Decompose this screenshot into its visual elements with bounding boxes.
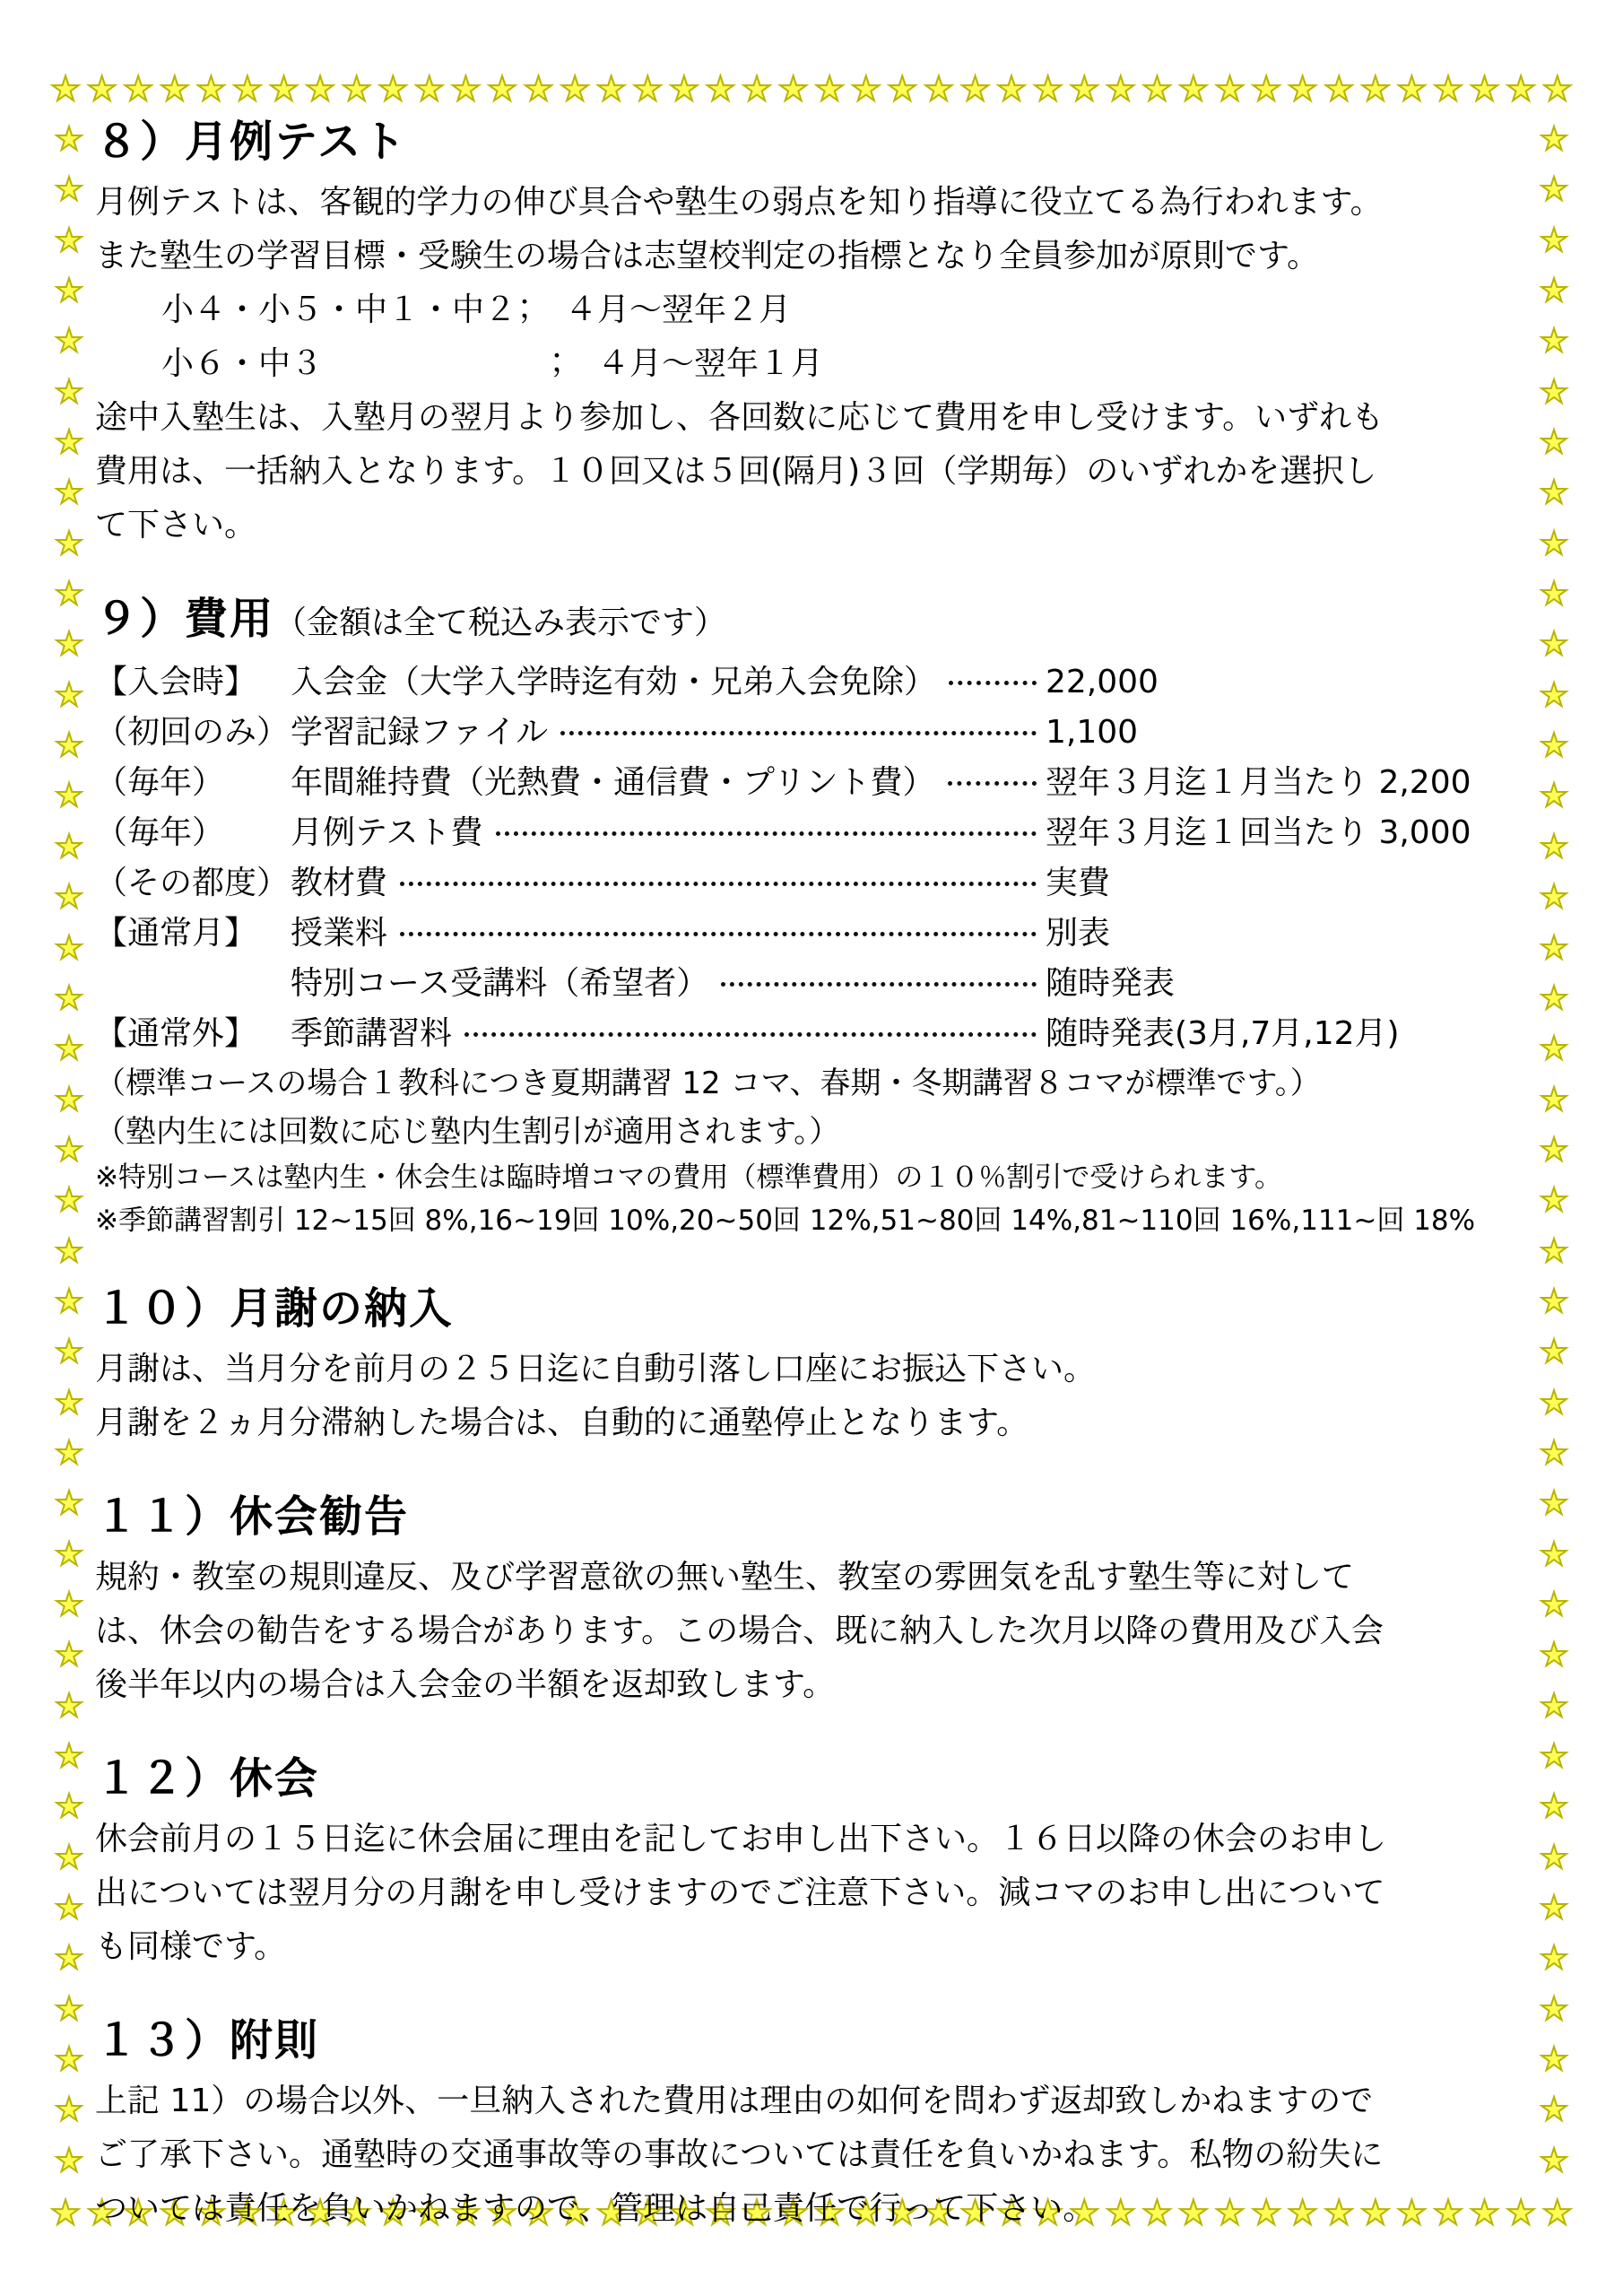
star-icon: ★ — [55, 427, 83, 459]
paragraph-line: 休会前月の１５日迄に休会届に理由を記してお申し出下さい。１６日以降の休会のお申し — [95, 1813, 1526, 1866]
star-icon: ★ — [55, 1691, 83, 1723]
fee-note: （標準コースの場合１教科につき夏期講習 12 コマ、春期・冬期講習８コマが標準で… — [95, 1059, 1526, 1108]
star-icon: ★ — [55, 1639, 83, 1672]
star-icon: ★ — [1540, 1084, 1568, 1117]
star-icon: ★ — [1141, 72, 1172, 106]
fee-dot-leader — [464, 1032, 1037, 1037]
star-icon: ★ — [1433, 72, 1463, 106]
fee-value: 随時発表(3月,7月,12月) — [1046, 1009, 1400, 1059]
star-icon: ★ — [959, 72, 990, 106]
star-icon: ★ — [705, 72, 735, 106]
star-icon: ★ — [1540, 1033, 1568, 1065]
star-icon: ★ — [55, 983, 83, 1015]
star-icon: ★ — [55, 1033, 83, 1065]
star-icon: ★ — [55, 528, 83, 561]
star-icon: ★ — [1540, 730, 1568, 762]
star-icon: ★ — [851, 72, 881, 106]
star-icon: ★ — [55, 1387, 83, 1420]
section-heading: ８）月例テスト — [95, 115, 1526, 169]
paragraph-line: 月謝は、当月分を前月の２５日迄に自動引落し口座にお振込下さい。 — [95, 1343, 1526, 1396]
fee-row: （毎年） 年間維持費（光熱費・通信費・プリント費） 翌年３月迄１月当たり 2,2… — [95, 758, 1526, 808]
star-icon: ★ — [1540, 124, 1568, 156]
fee-value: 随時発表 — [1046, 959, 1175, 1009]
star-icon: ★ — [55, 225, 83, 257]
star-icon: ★ — [55, 1589, 83, 1622]
fee-row: 特別コース受講料（希望者） 随時発表 — [95, 959, 1526, 1009]
fee-item: 授業料 — [291, 909, 387, 959]
star-icon: ★ — [55, 1336, 83, 1369]
star-icon: ★ — [55, 1488, 83, 1520]
fee-row: 【通常月】 授業料 別表 — [95, 909, 1526, 959]
star-icon: ★ — [232, 72, 263, 106]
star-icon: ★ — [1215, 72, 1245, 106]
star-icon: ★ — [55, 326, 83, 358]
paragraph-line: 月例テストは、客観的学力の伸び具合や塾生の弱点を知り指導に役立てる為行われます。 — [95, 176, 1526, 230]
star-icon: ★ — [1540, 326, 1568, 358]
fee-dot-leader — [721, 982, 1037, 987]
fee-dot-leader — [949, 681, 1037, 685]
star-icon: ★ — [1540, 1639, 1568, 1672]
fee-dot-leader — [400, 932, 1037, 936]
star-icon: ★ — [1540, 377, 1568, 409]
star-icon: ★ — [1324, 72, 1354, 106]
section-heading-note: （金額は全て税込み表示です） — [274, 604, 726, 641]
star-icon: ★ — [669, 72, 699, 106]
star-icon: ★ — [1540, 427, 1568, 459]
fee-row: （毎年） 月例テスト費 翌年３月迄１回当たり 3,000 — [95, 808, 1526, 858]
fee-value: 22,000 — [1046, 657, 1159, 708]
star-icon: ★ — [1540, 174, 1568, 206]
star-icon: ★ — [1540, 1691, 1568, 1723]
fee-item: 学習記録ファイル — [291, 708, 548, 758]
star-icon: ★ — [1506, 72, 1536, 106]
star-icon: ★ — [55, 1943, 83, 1975]
star-icon: ★ — [1540, 1994, 1568, 2026]
star-icon: ★ — [55, 629, 83, 661]
star-icon: ★ — [55, 1741, 83, 1773]
fee-item: 月例テスト費 — [291, 808, 483, 858]
fee-value: 翌年３月迄１月当たり 2,200 — [1046, 758, 1471, 808]
paragraph-line: て下さい。 — [95, 499, 1526, 552]
star-icon: ★ — [55, 2145, 83, 2178]
star-icon: ★ — [305, 72, 335, 106]
fee-tag: （毎年） — [95, 758, 291, 808]
star-icon: ★ — [1540, 275, 1568, 308]
star-icon: ★ — [55, 477, 83, 509]
star-icon: ★ — [55, 1236, 83, 1268]
star-icon: ★ — [1540, 882, 1568, 914]
schedule-line: 小４・小５・中１・中２； ４月～翌年２月 — [95, 283, 1526, 337]
fee-note: （塾内生には回数に応じ塾内生割引が適用されます。） — [95, 1108, 1526, 1156]
star-icon: ★ — [1540, 2044, 1568, 2076]
fee-dot-leader — [948, 781, 1037, 786]
star-icon: ★ — [50, 72, 81, 106]
star-icon: ★ — [1540, 1488, 1568, 1520]
star-icon: ★ — [1540, 477, 1568, 509]
paragraph-line: 出については翌月分の月謝を申し受けますのでご注意下さい。減コマのお申し出について — [95, 1866, 1526, 1920]
star-icon: ★ — [1542, 72, 1573, 106]
star-icon: ★ — [1542, 2196, 1573, 2230]
fee-fine-note: ※季節講習割引 12~15回 8%,16~19回 10%,20~50回 12%,… — [95, 1199, 1526, 1242]
star-icon: ★ — [1251, 72, 1281, 106]
star-icon: ★ — [1540, 1539, 1568, 1571]
paragraph-line: ついては責任を負いかねますので、管理は自己責任で行って下さい。 — [95, 2182, 1526, 2236]
star-icon: ★ — [55, 124, 83, 156]
star-icon: ★ — [378, 72, 408, 106]
star-icon: ★ — [1540, 1135, 1568, 1167]
star-icon: ★ — [55, 1842, 83, 1874]
star-icon: ★ — [55, 578, 83, 611]
star-icon: ★ — [55, 1892, 83, 1925]
star-icon: ★ — [560, 72, 590, 106]
star-icon: ★ — [1540, 1892, 1568, 1925]
paragraph-line: ご了承下さい。通塾時の交通事故等の事故については責任を負いかねます。私物の紛失に — [95, 2128, 1526, 2182]
section-heading: １３）附則 — [95, 2013, 1526, 2067]
star-icon: ★ — [1106, 72, 1136, 106]
paragraph-line: 途中入塾生は、入塾月の翌月より参加し、各回数に応じて費用を申し受けます。いずれも — [95, 391, 1526, 445]
star-icon: ★ — [1540, 1387, 1568, 1420]
section-tuition-payment: １０）月謝の納入 月謝は、当月分を前月の２５日迄に自動引落し口座にお振込下さい。… — [95, 1282, 1526, 1450]
star-icon: ★ — [632, 72, 663, 106]
paragraph-line: 後半年以内の場合は入会金の半額を返却致します。 — [95, 1658, 1526, 1712]
fee-value: 翌年３月迄１回当たり 3,000 — [1046, 808, 1471, 858]
star-icon: ★ — [160, 72, 190, 106]
star-icon: ★ — [1540, 983, 1568, 1015]
fee-fine-note: ※特別コースは塾内生・休会生は臨時増コマの費用（標準費用）の１０％割引で受けられ… — [95, 1156, 1526, 1199]
star-icon: ★ — [342, 72, 372, 106]
star-icon: ★ — [55, 1135, 83, 1167]
star-icon: ★ — [1540, 578, 1568, 611]
fee-dot-leader — [560, 731, 1037, 735]
star-icon: ★ — [1396, 72, 1427, 106]
fee-value: 実費 — [1046, 858, 1110, 909]
fee-item: 入会金（大学入学時迄有効・兄弟入会免除） — [291, 657, 936, 708]
fee-item: 年間維持費（光熱費・通信費・プリント費） — [291, 758, 935, 808]
section-fees: ９）費用（金額は全て税込み表示です） 【入会時】 入会金（大学入学時迄有効・兄弟… — [95, 592, 1526, 1242]
star-icon: ★ — [1540, 2145, 1568, 2178]
star-icon: ★ — [195, 72, 226, 106]
document-content: ８）月例テスト 月例テストは、客観的学力の伸び具合や塾生の弱点を知り指導に役立て… — [95, 115, 1526, 2236]
fee-dot-leader — [400, 882, 1037, 886]
star-icon: ★ — [55, 2044, 83, 2076]
star-icon: ★ — [1540, 1791, 1568, 1823]
paragraph-line: は、休会の勧告をする場合があります。この場合、既に納入した次月以降の費用及び入会 — [95, 1605, 1526, 1658]
section-heading: １０）月謝の納入 — [95, 1282, 1526, 1335]
fee-item: 季節講習料 — [291, 1009, 452, 1059]
star-icon: ★ — [924, 72, 954, 106]
star-icon: ★ — [742, 72, 772, 106]
section-suspension-advice: １１）休会勧告 規約・教室の規則違反、及び学習意欲の無い塾生、教室の雰囲気を乱す… — [95, 1490, 1526, 1712]
fee-item: 特別コース受講料（希望者） — [291, 959, 708, 1009]
star-icon: ★ — [1540, 629, 1568, 661]
star-icon: ★ — [55, 1185, 83, 1217]
section-suspension: １２）休会 休会前月の１５日迄に休会届に理由を記してお申し出下さい。１６日以降の… — [95, 1752, 1526, 1974]
section-heading-main: ９）費用 — [95, 594, 274, 644]
star-icon: ★ — [55, 730, 83, 762]
fee-tag: （その都度） — [95, 858, 291, 909]
star-icon: ★ — [1540, 1943, 1568, 1975]
star-icon: ★ — [524, 72, 554, 106]
star-icon: ★ — [1470, 72, 1500, 106]
fee-tag: （毎年） — [95, 808, 291, 858]
star-icon: ★ — [1540, 680, 1568, 712]
star-icon: ★ — [55, 377, 83, 409]
fee-row: （その都度） 教材費 実費 — [95, 858, 1526, 909]
star-icon: ★ — [1540, 1286, 1568, 1318]
star-icon: ★ — [1540, 528, 1568, 561]
star-icon: ★ — [596, 72, 627, 106]
star-icon: ★ — [1540, 1842, 1568, 1874]
fee-tag: （初回のみ） — [95, 708, 291, 758]
section-heading: ９）費用（金額は全て税込み表示です） — [95, 592, 1526, 650]
star-icon: ★ — [55, 1539, 83, 1571]
star-icon: ★ — [55, 1438, 83, 1470]
schedule-line: 小６・中３ ； ４月～翌年１月 — [95, 337, 1526, 391]
star-icon: ★ — [55, 275, 83, 308]
paragraph-line: また塾生の学習目標・受験生の場合は志望校判定の指標となり全員参加が原則です。 — [95, 230, 1526, 283]
star-icon: ★ — [123, 72, 153, 106]
star-icon: ★ — [1540, 1236, 1568, 1268]
star-icon: ★ — [778, 72, 809, 106]
fee-tag: 【通常月】 — [95, 909, 291, 959]
star-icon: ★ — [55, 1286, 83, 1318]
star-icon: ★ — [887, 72, 917, 106]
star-border-right: ★★★★★★★★★★★★★★★★★★★★★★★★★★★★★★★★★★★★★★★★… — [1535, 124, 1573, 2178]
star-icon: ★ — [1540, 780, 1568, 813]
star-icon: ★ — [1033, 72, 1063, 106]
star-icon: ★ — [487, 72, 517, 106]
star-icon: ★ — [55, 680, 83, 712]
paragraph-line: 上記 11）の場合以外、一旦納入された費用は理由の如何を問わず返却致しかねますの… — [95, 2074, 1526, 2128]
section-heading: １１）休会勧告 — [95, 1490, 1526, 1544]
star-icon: ★ — [1540, 831, 1568, 864]
star-icon: ★ — [268, 72, 299, 106]
star-icon: ★ — [1540, 1438, 1568, 1470]
star-icon: ★ — [55, 933, 83, 965]
star-icon: ★ — [1540, 1589, 1568, 1622]
section-supplementary-rules: １３）附則 上記 11）の場合以外、一旦納入された費用は理由の如何を問わず返却致… — [95, 2013, 1526, 2236]
fee-item: 教材費 — [291, 858, 387, 909]
star-icon: ★ — [1360, 72, 1391, 106]
star-icon: ★ — [55, 882, 83, 914]
star-border-top: ★★★★★★★★★★★★★★★★★★★★★★★★★★★★★★★★★★★★★★★★… — [50, 72, 1573, 106]
star-icon: ★ — [55, 780, 83, 813]
fee-row: 【入会時】 入会金（大学入学時迄有効・兄弟入会免除） 22,000 — [95, 657, 1526, 708]
star-icon: ★ — [1540, 2094, 1568, 2126]
star-icon: ★ — [87, 72, 117, 106]
paragraph-line: 規約・教室の規則違反、及び学習意欲の無い塾生、教室の雰囲気を乱す塾生等に対して — [95, 1551, 1526, 1605]
star-border-left: ★★★★★★★★★★★★★★★★★★★★★★★★★★★★★★★★★★★★★★★★… — [50, 124, 88, 2178]
star-icon: ★ — [55, 174, 83, 206]
fee-row: 【通常外】 季節講習料 随時発表(3月,7月,12月) — [95, 1009, 1526, 1059]
star-icon: ★ — [55, 2094, 83, 2126]
star-icon: ★ — [1288, 72, 1318, 106]
star-icon: ★ — [1540, 933, 1568, 965]
section-monthly-test: ８）月例テスト 月例テストは、客観的学力の伸び具合や塾生の弱点を知り指導に役立て… — [95, 115, 1526, 552]
star-icon: ★ — [50, 2196, 81, 2230]
star-icon: ★ — [55, 1791, 83, 1823]
paragraph-line: 月謝を２ヵ月分滞納した場合は、自動的に通塾停止となります。 — [95, 1396, 1526, 1450]
star-icon: ★ — [1540, 1336, 1568, 1369]
fee-row: （初回のみ） 学習記録ファイル 1,100 — [95, 708, 1526, 758]
document-page: ★★★★★★★★★★★★★★★★★★★★★★★★★★★★★★★★★★★★★★★★… — [0, 0, 1623, 2296]
fee-value: 別表 — [1046, 909, 1110, 959]
paragraph-line: も同様です。 — [95, 1920, 1526, 1974]
star-icon: ★ — [1540, 1741, 1568, 1773]
paragraph-line: 費用は、一括納入となります。１０回又は５回(隔月)３回（学期毎）のいずれかを選択… — [95, 445, 1526, 499]
star-icon: ★ — [1540, 1185, 1568, 1217]
star-icon: ★ — [414, 72, 445, 106]
star-icon: ★ — [450, 72, 481, 106]
star-icon: ★ — [55, 1994, 83, 2026]
star-icon: ★ — [996, 72, 1027, 106]
fee-value: 1,100 — [1046, 708, 1138, 758]
star-icon: ★ — [1540, 225, 1568, 257]
star-icon: ★ — [1178, 72, 1209, 106]
fee-tag: 【通常外】 — [95, 1009, 291, 1059]
fee-dot-leader — [496, 831, 1037, 836]
star-icon: ★ — [55, 1084, 83, 1117]
star-icon: ★ — [1069, 72, 1099, 106]
star-icon: ★ — [814, 72, 845, 106]
section-heading: １２）休会 — [95, 1752, 1526, 1805]
fee-tag: 【入会時】 — [95, 657, 291, 708]
star-icon: ★ — [55, 831, 83, 864]
